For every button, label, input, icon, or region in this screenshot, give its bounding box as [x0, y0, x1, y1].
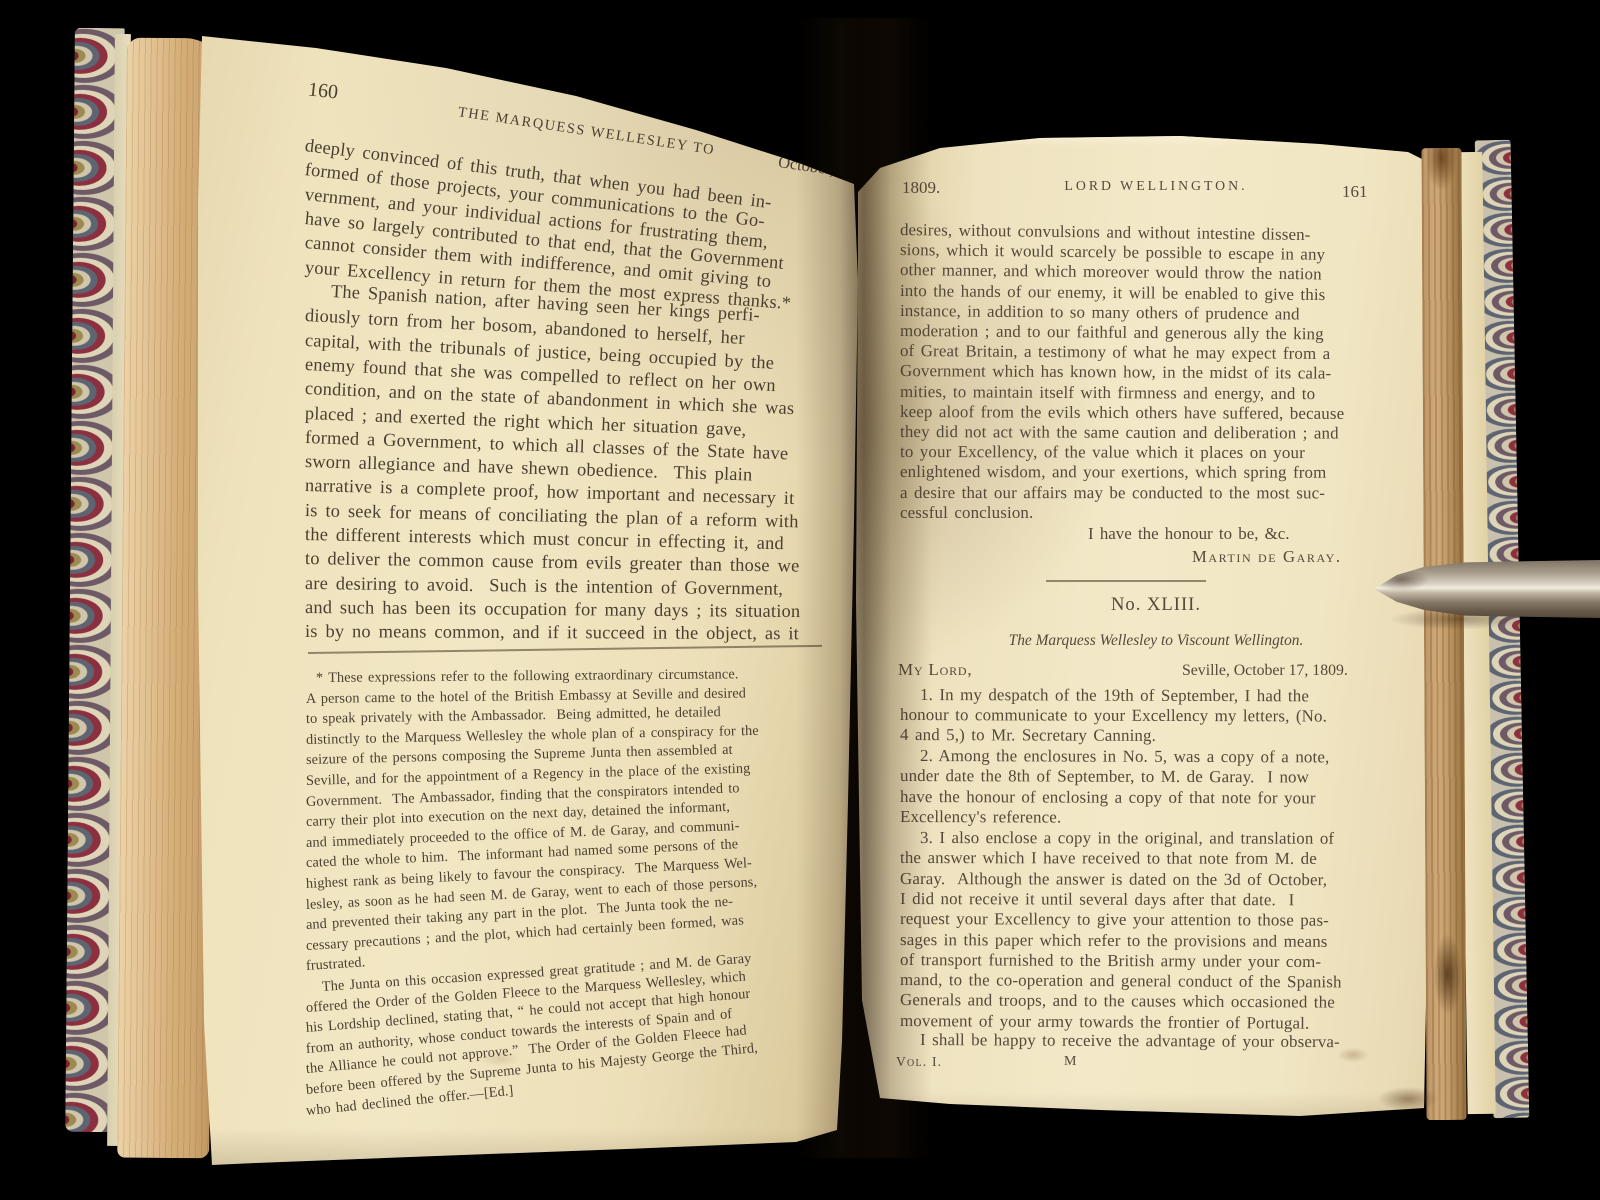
text-line: of transport furnished to the British ar… [900, 950, 1321, 972]
fore-edge-stained-strip [1421, 148, 1466, 1120]
text-line: under date the 8th of September, to M. d… [900, 766, 1309, 787]
left-footnote-paragraph-2: The Junta on this occasion expressed gre… [306, 22, 307, 23]
left-page-number: 160 [307, 78, 339, 104]
footnote-separator-rule [308, 645, 822, 654]
text-line: request your Excellency to give your att… [900, 909, 1329, 931]
letter-dateline: Seville, October 17, 1809. [1182, 662, 1348, 680]
right-letter-paragraph-2: 2. Among the enclosures in No. 5, was a … [900, 132, 901, 133]
left-running-head: THE MARQUESS WELLESLEY TO [457, 104, 716, 159]
text-line: is by no means common, and if it succeed… [305, 621, 799, 644]
text-line: I shall be happy to receive the advantag… [920, 1030, 1340, 1052]
text-line: enlightened wisdom, and your exertions, … [900, 462, 1326, 483]
right-letter-paragraph-1: 1. In my despatch of the 19th of Septemb… [900, 132, 901, 133]
right-page-number: 161 [1342, 182, 1368, 202]
text-line: * These expressions refer to the followi… [316, 666, 739, 687]
right-running-head: LORD WELLINGTON. [1006, 178, 1306, 194]
section-number-heading: No. XLIII. [1006, 594, 1306, 616]
left-header-date: October, [777, 152, 836, 180]
text-line: mand, to the co-operation and general co… [900, 970, 1342, 992]
text-line: Government which has known how, in the m… [900, 361, 1331, 384]
text-line: they did not act with the same caution a… [900, 422, 1339, 444]
text-line: 4 and 5,) to Mr. Secretary Canning. [900, 725, 1156, 746]
right-body-paragraph: desires, without convulsions and without… [900, 132, 901, 133]
text-line: 3. I also enclose a copy in the original… [920, 828, 1334, 849]
text-line: frustrated. [305, 955, 365, 976]
text-line: and such has been its occupation for man… [305, 597, 801, 622]
text-line: are desiring to avoid. Such is the inten… [305, 573, 783, 600]
letter-valediction: I have the honour to be, &c. [1088, 524, 1290, 544]
text-line: Excellency's reference. [900, 807, 1061, 828]
letter-salutation: My Lord, [898, 660, 972, 680]
right-letter-paragraph-4: I shall be happy to receive the advantag… [900, 132, 901, 133]
volume-label: Vol. I. [896, 1054, 942, 1070]
text-line: the answer which I have received to that… [900, 848, 1317, 869]
left-body-paragraph-1: deeply convinced of this truth, that whe… [305, 22, 306, 23]
section-subheading: The Marquess Wellesley to Viscount Welli… [916, 632, 1396, 650]
text-line: Garay. Although the answer is dated on t… [900, 869, 1327, 890]
left-footnote-paragraph-1: * These expressions refer to the followi… [306, 22, 307, 23]
text-line: keep aloof from the evils which others h… [900, 402, 1344, 424]
right-page: 1809. LORD WELLINGTON. 161 desires, with… [856, 132, 1468, 1132]
text-line: 2. Among the enclosures in No. 5, was a … [920, 746, 1329, 767]
section-separator-rule [1046, 580, 1206, 582]
text-line: 1. In my despatch of the 19th of Septemb… [920, 685, 1309, 706]
right-header-year: 1809. [902, 178, 940, 198]
text-line: to your Excellency, of the value which i… [900, 442, 1305, 463]
left-body-paragraph-2: The Spanish nation, after having seen he… [305, 22, 306, 23]
text-line: have the honour of enclosing a copy of t… [900, 787, 1316, 808]
text-line: a desire that our affairs may be conduct… [900, 483, 1325, 503]
text-line: I did not receive it until several days … [900, 889, 1295, 910]
text-line: sages in this paper which refer to the p… [900, 930, 1328, 952]
letter-signature: Martin de Garay. [1192, 547, 1342, 567]
right-letter-paragraph-3: 3. I also enclose a copy in the original… [900, 132, 901, 133]
text-line: mities, to maintain itself with firmness… [900, 382, 1315, 404]
left-page: 160 THE MARQUESS WELLESLEY TO October, d… [196, 22, 862, 1174]
catchword: M [1064, 1054, 1076, 1070]
text-line: honour to communicate to your Excellency… [900, 705, 1327, 726]
book-photo: 160 THE MARQUESS WELLESLEY TO October, d… [0, 0, 1600, 1200]
text-line: cessful conclusion. [900, 503, 1033, 523]
text-line: Generals and troops, and to the causes w… [900, 990, 1335, 1013]
